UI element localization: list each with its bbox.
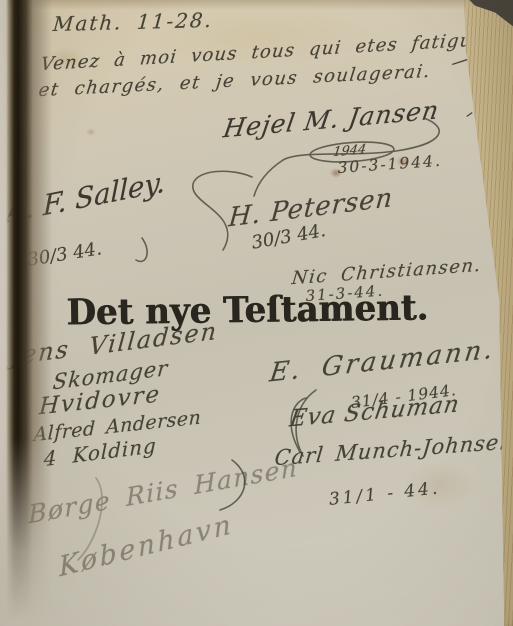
printed-title: Det nye Teſtament. — [66, 287, 428, 334]
scripture-reference: Math. 11-28. — [52, 8, 214, 36]
page-top-shadow — [0, 0, 513, 10]
book-photo: Math. 11-28. Venez à moi vous tous qui e… — [0, 0, 513, 626]
gutter-shadow — [0, 0, 54, 626]
